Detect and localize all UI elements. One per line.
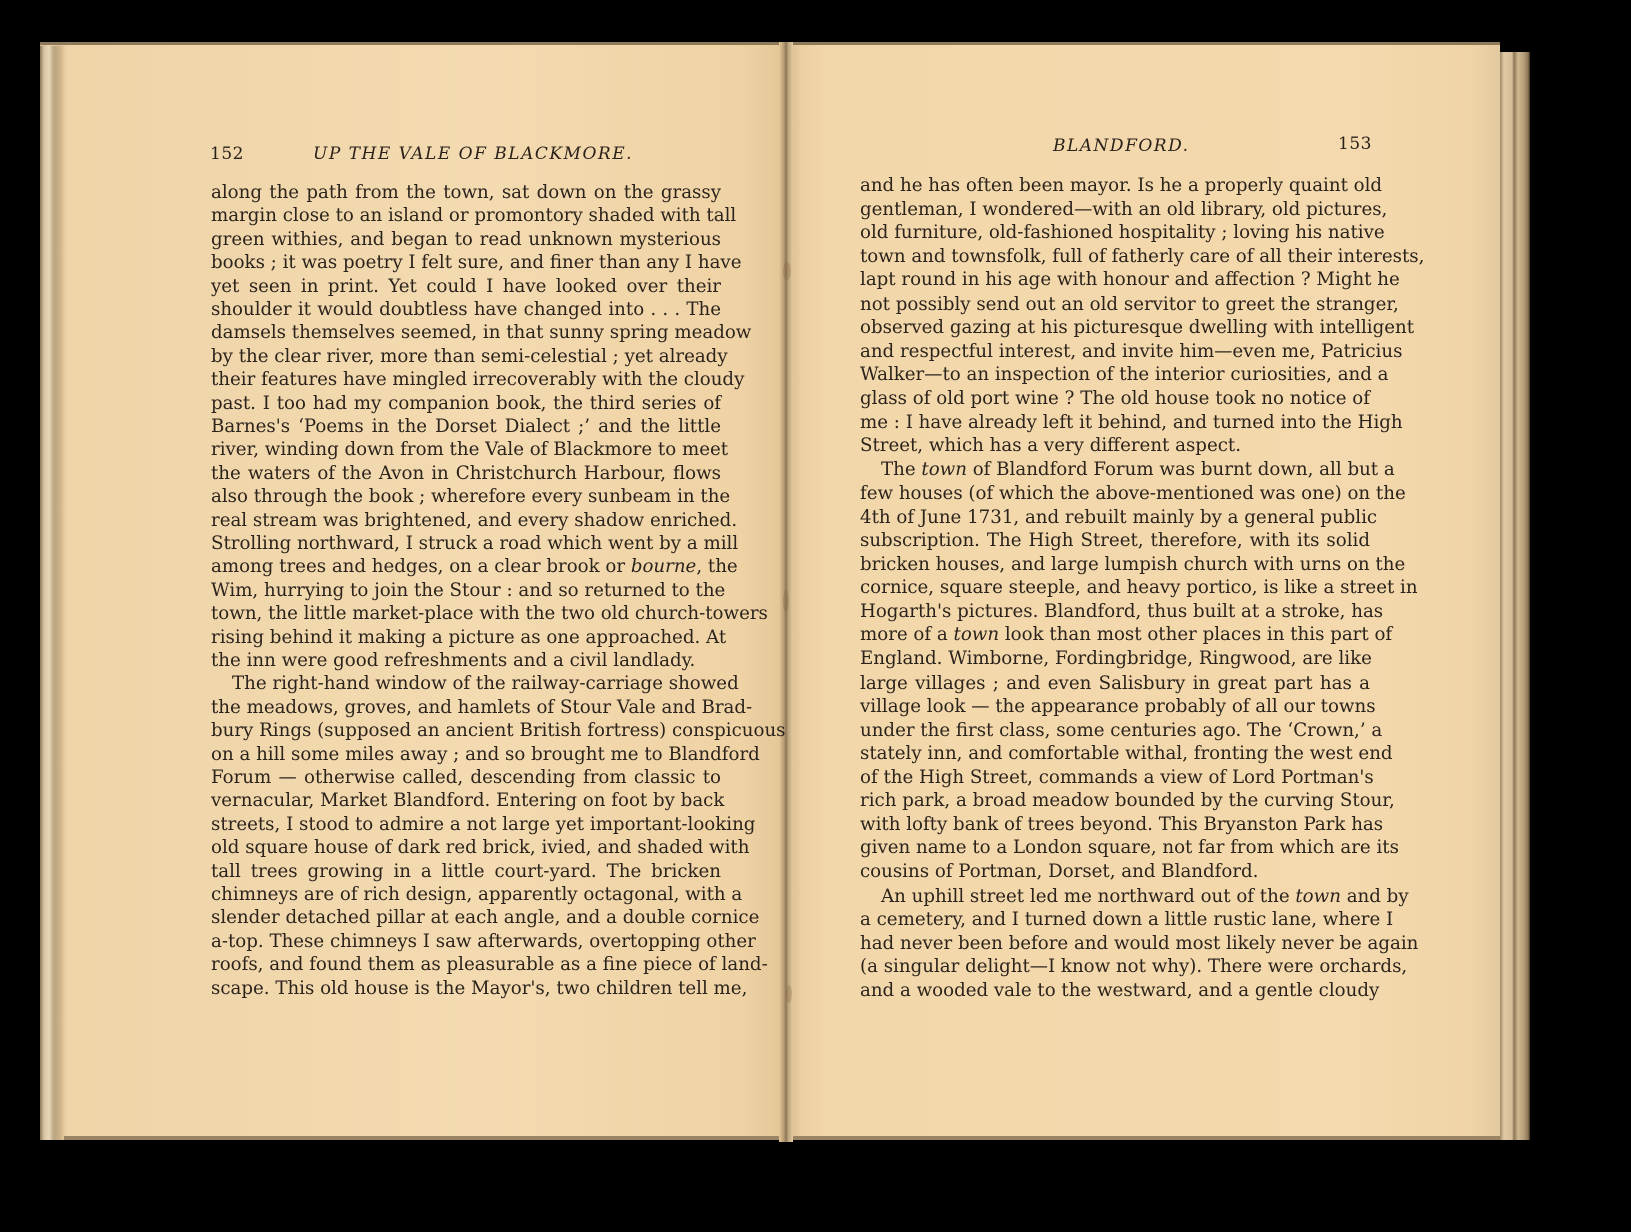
text-line: on a hill some miles away ; and so broug…: [211, 743, 721, 766]
text-line: the waters of the Avon in Christchurch H…: [211, 462, 721, 485]
text-line: Walker—to an inspection of the interior …: [860, 363, 1370, 386]
text-line: Wim, hurrying to join the Stour : and so…: [211, 579, 721, 602]
text-line: vernacular, Market Blandford. Entering o…: [211, 789, 721, 812]
text-line: books ; it was poetry I felt sure, and f…: [211, 251, 721, 274]
text-line: cornice, square steeple, and heavy porti…: [860, 576, 1370, 599]
text-line: subscription. The High Street, therefore…: [860, 529, 1370, 552]
text-line: Barnes's ‘Poems in the Dorset Dialect ;’…: [211, 415, 721, 438]
text-line: Forum — otherwise called, descending fro…: [211, 766, 721, 789]
text-line: a-top. These chimneys I saw afterwards, …: [211, 930, 721, 953]
page-smudge: [783, 262, 791, 280]
right-fore-edge: [1500, 52, 1530, 1140]
text-line: An uphill street led me northward out of…: [881, 885, 1370, 908]
text-line: old square house of dark red brick, ivie…: [211, 836, 721, 859]
text-line: with lofty bank of trees beyond. This Br…: [860, 813, 1370, 836]
text-line: had never been before and would most lik…: [860, 932, 1370, 955]
text-line: scape. This old house is the Mayor's, tw…: [211, 977, 721, 1000]
text-line: Street, which has a very different aspec…: [860, 434, 1370, 457]
text-line: me : I have already left it behind, and …: [860, 411, 1370, 434]
text-line: village look — the appearance probably o…: [860, 695, 1370, 718]
text-line: and respectful interest, and invite him—…: [860, 340, 1370, 363]
page-smudge: [783, 590, 789, 612]
text-line: along the path from the town, sat down o…: [211, 181, 721, 204]
text-line: rising behind it making a picture as one…: [211, 626, 721, 649]
text-line: yet seen in print. Yet could I have look…: [211, 275, 721, 298]
italic-emphasis: bourne: [631, 556, 696, 577]
text-line: chimneys are of rich design, apparently …: [211, 883, 721, 906]
text-line: stately inn, and comfortable withal, fro…: [860, 742, 1370, 765]
text-line: shoulder it would doubtless have changed…: [211, 298, 721, 321]
text-line: under the first class, some centuries ag…: [860, 719, 1370, 742]
text-line: glass of old port wine ? The old house t…: [860, 387, 1370, 410]
text-line: bury Rings (supposed an ancient British …: [211, 719, 721, 742]
text-line: their features have mingled irrecoverabl…: [211, 368, 721, 391]
text-line: The town of Blandford Forum was burnt do…: [881, 458, 1370, 481]
text-line: not possibly send out an old servitor to…: [860, 293, 1370, 316]
left-page-edge: [40, 46, 64, 1140]
text-line: (a singular delight—I know not why). The…: [860, 955, 1370, 978]
italic-emphasis: town: [1295, 886, 1341, 907]
text-line: tall trees growing in a little court-yar…: [211, 860, 721, 883]
text-line: real stream was brightened, and every sh…: [211, 509, 721, 532]
text-line: and he has often been mayor. Is he a pro…: [860, 174, 1370, 197]
text-line: gentleman, I wondered—with an old librar…: [860, 198, 1370, 221]
italic-emphasis: town: [921, 459, 967, 480]
text-line: green withies, and began to read unknown…: [211, 228, 721, 251]
text-line: 4th of June 1731, and rebuilt mainly by …: [860, 506, 1370, 529]
text-line: old furniture, old-fashioned hospitality…: [860, 221, 1370, 244]
right-running-title: BLANDFORD.: [1053, 136, 1190, 156]
text-line: roofs, and found them as pleasurable as …: [211, 953, 721, 976]
text-line: The right-hand window of the railway-car…: [232, 672, 721, 695]
text-line: the inn were good refreshments and a civ…: [211, 649, 721, 672]
page-smudge: [786, 985, 792, 1003]
text-line: and a wooded vale to the westward, and a…: [860, 979, 1370, 1002]
text-line: river, winding down from the Vale of Bla…: [211, 438, 721, 461]
text-line: by the clear river, more than semi-celes…: [211, 345, 721, 368]
text-line: also through the book ; wherefore every …: [211, 485, 721, 508]
text-line: town, the little market-place with the t…: [211, 602, 721, 625]
text-line: cousins of Portman, Dorset, and Blandfor…: [860, 860, 1370, 883]
text-line: rich park, a broad meadow bounded by the…: [860, 789, 1370, 812]
text-line: large villages ; and even Salisbury in g…: [860, 672, 1370, 695]
text-line: margin close to an island or promontory …: [211, 204, 721, 227]
right-page-number: 153: [1338, 134, 1372, 154]
text-line: past. I too had my companion book, the t…: [211, 392, 721, 415]
text-line: town and townsfolk, full of fatherly car…: [860, 245, 1370, 268]
text-line: more of a town look than most other plac…: [860, 623, 1370, 646]
left-running-title: UP THE VALE OF BLACKMORE.: [313, 144, 633, 164]
text-line: Hogarth's pictures. Blandford, thus buil…: [860, 600, 1370, 623]
text-line: Strolling northward, I struck a road whi…: [211, 532, 721, 555]
text-line: England. Wimborne, Fordingbridge, Ringwo…: [860, 647, 1370, 670]
text-line: of the High Street, commands a view of L…: [860, 766, 1370, 789]
text-line: lapt round in his age with honour and af…: [860, 268, 1370, 291]
text-line: given name to a London square, not far f…: [860, 836, 1370, 859]
text-line: among trees and hedges, on a clear brook…: [211, 555, 721, 578]
text-line: observed gazing at his picturesque dwell…: [860, 316, 1370, 339]
text-line: the meadows, groves, and hamlets of Stou…: [211, 696, 721, 719]
text-line: a cemetery, and I turned down a little r…: [860, 908, 1370, 931]
text-line: damsels themselves seemed, in that sunny…: [211, 321, 721, 344]
text-line: slender detached pillar at each angle, a…: [211, 906, 721, 929]
text-line: few houses (of which the above-mentioned…: [860, 482, 1370, 505]
left-page-number: 152: [210, 144, 244, 164]
text-line: bricken houses, and large lumpish church…: [860, 553, 1370, 576]
italic-emphasis: town: [954, 624, 1000, 645]
text-line: streets, I stood to admire a not large y…: [211, 813, 721, 836]
